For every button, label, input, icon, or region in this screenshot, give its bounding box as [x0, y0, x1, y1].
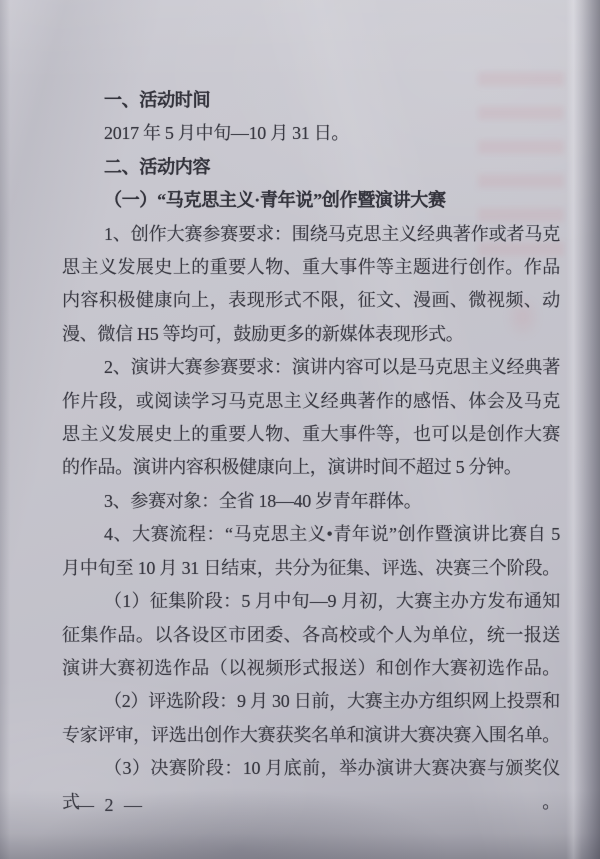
- paper-right-edge-fold: [566, 0, 600, 859]
- text-line: 内容积极健康向上，表现形式不限，征文、漫画、微视频、动: [62, 284, 560, 317]
- text-line: （1）征集阶段：5 月中旬—9 月初，大赛主办方发布通知: [62, 585, 560, 618]
- text-line: 思主义发展史上的重要人物、重大事件等，也可以是创作大赛: [62, 418, 560, 451]
- text-line: 4、大赛流程：“马克思主义•青年说”创作暨演讲比赛自 5: [62, 518, 560, 551]
- text-line: 漫、微信 H5 等均可，鼓励更多的新媒体表现形式。: [62, 318, 560, 351]
- text-line: 思主义发展史上的重要人物、重大事件等主题进行创作。作品: [62, 251, 560, 284]
- paper-left-edge-shadow: [0, 0, 10, 859]
- heading-line: 一、活动时间: [62, 84, 560, 117]
- text-line: 专家评审，评选出创作大赛获奖名单和演讲大赛决赛入围名单。: [62, 719, 560, 752]
- text-line: 2017 年 5 月中旬—10 月 31 日。: [62, 117, 560, 150]
- text-line: 的作品。演讲内容积极健康向上，演讲时间不超过 5 分钟。: [62, 451, 560, 484]
- text-line: 3、参赛对象：全省 18—40 岁青年群体。: [62, 485, 560, 518]
- text-line: 演讲大赛初选作品（以视频形式报送）和创作大赛初选作品。: [62, 652, 560, 685]
- text-line: 作片段，或阅读学习马克思主义经典著作的感悟、体会及马克: [62, 385, 560, 418]
- text-line: 征集作品。以各设区市团委、各高校或个人为单位，统一报送: [62, 619, 560, 652]
- text-line: 月中旬至 10 月 31 日结束，共分为征集、评选、决赛三个阶段。: [62, 552, 560, 585]
- photographed-document-page: 一、活动时间2017 年 5 月中旬—10 月 31 日。二、活动内容（一）“马…: [0, 0, 600, 859]
- text-line: （2）评选阶段：9 月 30 日前，大赛主办方组织网上投票和: [62, 685, 560, 718]
- text-line: 2、演讲大赛参赛要求：演讲内容可以是马克思主义经典著: [62, 351, 560, 384]
- heading-line: （一）“马克思主义·青年说”创作暨演讲大赛: [62, 184, 560, 217]
- page-number: — 2 —: [76, 795, 145, 816]
- heading-line: 二、活动内容: [62, 151, 560, 184]
- document-body: 一、活动时间2017 年 5 月中旬—10 月 31 日。二、活动内容（一）“马…: [62, 84, 560, 819]
- text-line: 1、创作大赛参赛要求：围绕马克思主义经典著作或者马克: [62, 218, 560, 251]
